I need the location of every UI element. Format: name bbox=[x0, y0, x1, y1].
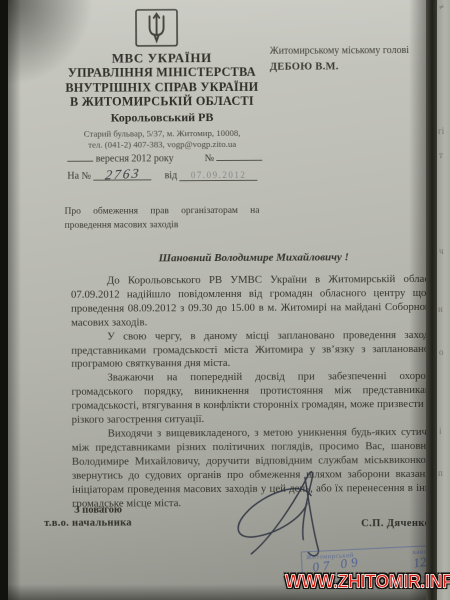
subject-line: Про обмеження прав організаторам на пров… bbox=[65, 205, 260, 233]
department-name: Корольовський РВ bbox=[42, 109, 282, 124]
incoming-date-blank: 07.09.2012 bbox=[180, 170, 258, 181]
page2-fragment: т bbox=[439, 150, 443, 160]
date-text: вересня 2012 року bbox=[96, 153, 174, 164]
incoming-number-blank: 2763 bbox=[94, 166, 152, 180]
document-photo: МВС УКРАЇНИ УПРАВЛІННЯ МІНІСТЕРСТВА ВНУТ… bbox=[0, 0, 450, 600]
page2-fragment: і bbox=[439, 426, 442, 436]
addressee-name: ДЕБОЮ В.М. bbox=[270, 61, 440, 73]
signature-handwritten bbox=[221, 465, 334, 562]
number-sign: № bbox=[205, 153, 215, 164]
closing-position: т.в.о. начальника bbox=[44, 517, 168, 529]
site-watermark: WWW.ZHITOMIR.INFO bbox=[285, 570, 450, 592]
on-number-label: На № bbox=[67, 171, 91, 182]
letterhead: МВС УКРАЇНИ УПРАВЛІННЯ МІНІСТЕРСТВА ВНУТ… bbox=[42, 50, 283, 151]
org-name-line1: МВС УКРАЇНИ bbox=[42, 50, 282, 66]
page2-fragment: н bbox=[438, 304, 443, 314]
closing-block: З повагою т.в.о. начальника bbox=[44, 504, 168, 529]
page-edge-shadow bbox=[426, 0, 437, 600]
letter-content: МВС УКРАЇНИ УПРАВЛІННЯ МІНІСТЕРСТВА ВНУТ… bbox=[6, 0, 434, 600]
salutation: Шановний Володимире Михайловичу ! bbox=[71, 251, 437, 265]
signer-name: С.П. Дяченко bbox=[361, 518, 430, 529]
incoming-number-handwritten: 2763 bbox=[104, 166, 141, 184]
page2-fragment: гі bbox=[438, 126, 444, 136]
page2-fragment: п bbox=[438, 468, 443, 478]
date-blank bbox=[67, 151, 93, 162]
addressee-title: Житомирському міському голові bbox=[270, 45, 440, 58]
from-label: від bbox=[165, 170, 178, 181]
adjacent-page-sliver: ≠ гі т ч н о і п bbox=[437, 0, 450, 600]
page2-fragment: о bbox=[439, 347, 444, 357]
paragraph-3: Зважаючи на попередній досвід при забезп… bbox=[71, 370, 437, 428]
incoming-ref-line: На № 2763 від 07.09.2012 bbox=[67, 166, 257, 182]
page2-fragment: ч bbox=[439, 246, 444, 256]
addressee-block: Житомирському міському голові ДЕБОЮ В.М. bbox=[270, 45, 440, 73]
number-blank bbox=[217, 150, 263, 161]
incoming-date-stamped: 07.09.2012 bbox=[191, 170, 247, 180]
letter-page: МВС УКРАЇНИ УПРАВЛІННЯ МІНІСТЕРСТВА ВНУТ… bbox=[8, 0, 433, 600]
page2-fragment: ≠ bbox=[439, 2, 444, 12]
outgoing-date-line: вересня 2012 року № bbox=[67, 150, 263, 165]
org-name-line4: В ЖИТОМИРСЬКІЙ ОБЛАСТІ bbox=[42, 94, 282, 110]
ukraine-trident-emblem-icon bbox=[134, 8, 178, 47]
paragraph-1: До Корольовського РВ УМВС України в Жито… bbox=[71, 273, 437, 331]
org-name-line2: УПРАВЛІННЯ МІНІСТЕРСТВА bbox=[42, 65, 282, 81]
closing-respect: З повагою bbox=[44, 504, 168, 516]
org-contacts: тел. (041-2) 407-383, vogp@vogp.zito.ua bbox=[42, 138, 282, 150]
paragraph-2: У свою чергу, в даному місці заплановано… bbox=[71, 328, 437, 372]
org-name-line3: ВНУТРІШНІХ СПРАВ УКРАЇНИ bbox=[42, 79, 282, 95]
